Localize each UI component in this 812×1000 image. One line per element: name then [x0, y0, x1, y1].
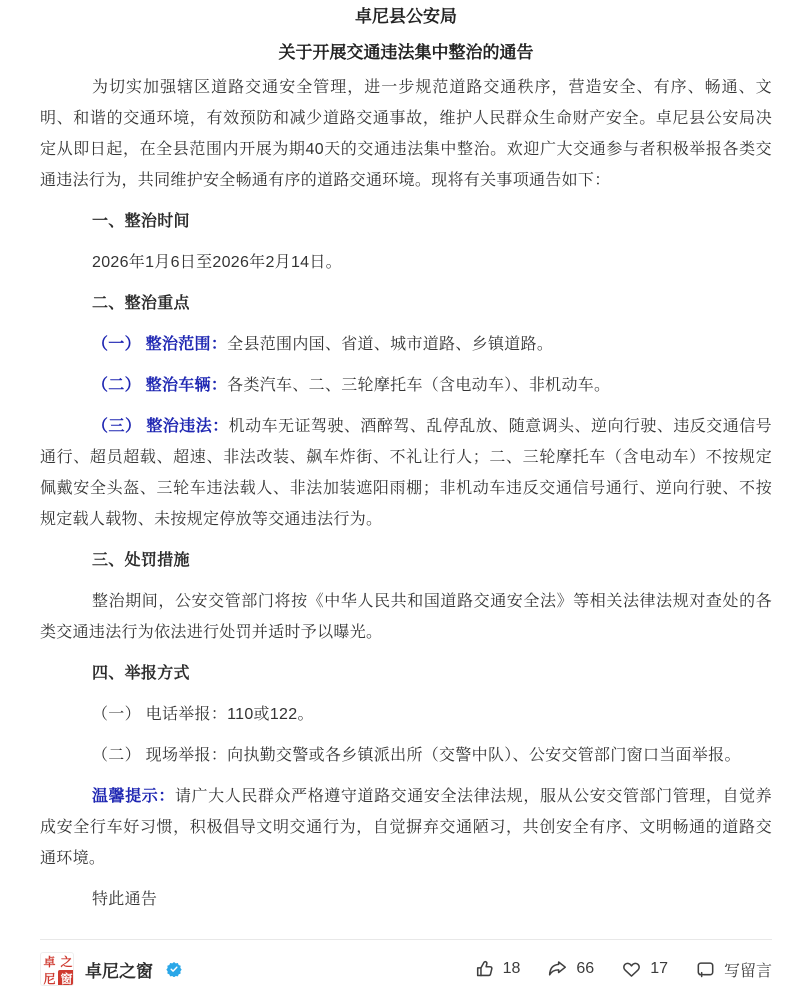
share-button[interactable]: 66 [546, 958, 594, 981]
account-link[interactable]: 卓 之 尼 窗 卓尼之窗 [40, 952, 182, 986]
tip-label: 温馨提示： [92, 788, 175, 805]
share-count: 66 [576, 960, 594, 978]
like-count: 18 [503, 960, 521, 978]
verified-badge-icon [166, 961, 182, 977]
like-button[interactable]: 18 [473, 958, 521, 981]
notice-document: 卓尼县公安局 关于开展交通违法集中整治的通告 为切实加强辖区道路交通安全管理，进… [0, 0, 812, 925]
section2-item-violations: （三） 整治违法：机动车无证驾驶、酒醉驾、乱停乱放、随意调头、逆向行驶、违反交通… [40, 411, 772, 535]
closing-line: 特此通告 [40, 884, 772, 915]
article-page: 卓尼县公安局 关于开展交通违法集中整治的通告 为切实加强辖区道路交通安全管理，进… [0, 0, 812, 1000]
article-footer: 卓 之 尼 窗 卓尼之窗 18 [40, 939, 772, 1000]
item-text: 各类汽车、二、三轮摩托车（含电动车）、非机动车。 [227, 377, 610, 394]
comment-label: 写留言 [724, 958, 772, 981]
thumbs-up-icon [473, 958, 496, 981]
section4-heading: 四、举报方式 [40, 658, 772, 689]
comment-plus-icon [694, 958, 717, 981]
heart-icon [620, 958, 643, 981]
intro-paragraph: 为切实加强辖区道路交通安全管理，进一步规范道路交通秩序，营造安全、有序、畅通、文… [40, 72, 772, 196]
section2-heading: 二、整治重点 [40, 288, 772, 319]
section1-heading: 一、整治时间 [40, 206, 772, 237]
doc-subtitle: 关于开展交通违法集中整治的通告 [40, 44, 772, 62]
page-title: 卓尼县公安局 [40, 8, 772, 26]
section4-onsite-report: （二） 现场举报：向执勤交警或各乡镇派出所（交警中队）、公安交管部门窗口当面举报… [40, 740, 772, 771]
account-name[interactable]: 卓尼之窗 [85, 957, 153, 982]
section3-body: 整治期间，公安交管部门将按《中华人民共和国道路交通安全法》等相关法律法规对查处的… [40, 586, 772, 648]
section2-item-vehicles: （二） 整治车辆：各类汽车、二、三轮摩托车（含电动车）、非机动车。 [40, 370, 772, 401]
share-arrow-icon [546, 958, 569, 981]
item-label: （一） 整治范围： [92, 336, 227, 353]
avatar-char: 尼 [41, 970, 58, 986]
item-label: （三） 整治违法： [92, 418, 229, 435]
section1-body: 2026年1月6日至2026年2月14日。 [40, 247, 772, 278]
item-label: （二） 整治车辆： [92, 377, 227, 394]
section2-item-scope: （一） 整治范围：全县范围内国、省道、城市道路、乡镇道路。 [40, 329, 772, 360]
action-bar: 18 66 17 写留言 [473, 958, 772, 981]
avatar-char: 窗 [58, 970, 74, 986]
heart-count: 17 [650, 960, 668, 978]
account-avatar[interactable]: 卓 之 尼 窗 [40, 952, 74, 986]
heart-button[interactable]: 17 [620, 958, 668, 981]
avatar-char: 卓 [41, 953, 58, 970]
section4-phone-report: （一） 电话举报：110或122。 [40, 699, 772, 730]
section3-heading: 三、处罚措施 [40, 545, 772, 576]
avatar-char: 之 [58, 953, 74, 970]
item-text: 全县范围内国、省道、城市道路、乡镇道路。 [227, 336, 553, 353]
tip-paragraph: 温馨提示：请广大人民群众严格遵守道路交通安全法律法规，服从公安交管部门管理，自觉… [40, 781, 772, 874]
comment-button[interactable]: 写留言 [694, 958, 772, 981]
